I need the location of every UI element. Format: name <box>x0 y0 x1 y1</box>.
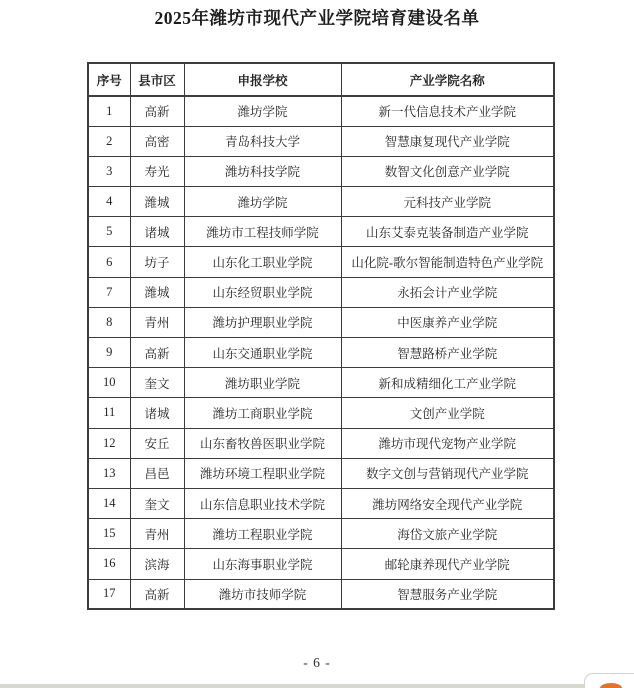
cell-college: 数字文创与营销现代产业学院 <box>341 458 554 488</box>
table-header: 序号 县市区 申报学校 产业学院名称 <box>88 63 554 96</box>
cell-district: 高新 <box>130 579 184 609</box>
cell-college: 中医康养产业学院 <box>341 307 554 337</box>
cell-college: 山东艾泰克装备制造产业学院 <box>341 217 554 247</box>
header-school: 申报学校 <box>184 63 341 96</box>
cell-school: 山东经贸职业学院 <box>184 277 341 307</box>
table-row: 16滨海山东海事职业学院邮轮康养现代产业学院 <box>88 549 554 579</box>
cell-district: 奎文 <box>130 368 184 398</box>
cell-district: 寿光 <box>130 156 184 186</box>
cell-school: 潍坊职业学院 <box>184 368 341 398</box>
cell-index: 16 <box>88 549 130 579</box>
cell-school: 潍坊科技学院 <box>184 156 341 186</box>
table-row: 2高密青岛科技大学智慧康复现代产业学院 <box>88 126 554 156</box>
cell-school: 山东信息职业技术学院 <box>184 488 341 518</box>
table-row: 4潍城潍坊学院元科技产业学院 <box>88 187 554 217</box>
table-row: 8青州潍坊护理职业学院中医康养产业学院 <box>88 307 554 337</box>
cell-school: 青岛科技大学 <box>184 126 341 156</box>
cell-district: 青州 <box>130 519 184 549</box>
cell-index: 14 <box>88 488 130 518</box>
table-row: 3寿光潍坊科技学院数智文化创意产业学院 <box>88 156 554 186</box>
table-row: 12安丘山东畜牧兽医职业学院潍坊市现代宠物产业学院 <box>88 428 554 458</box>
cell-school: 潍坊工程职业学院 <box>184 519 341 549</box>
table-row: 10奎文潍坊职业学院新和成精细化工产业学院 <box>88 368 554 398</box>
cell-index: 11 <box>88 398 130 428</box>
cell-index: 12 <box>88 428 130 458</box>
cell-index: 5 <box>88 217 130 247</box>
table-row: 9高新山东交通职业学院智慧路桥产业学院 <box>88 338 554 368</box>
cell-school: 潍坊学院 <box>184 187 341 217</box>
cell-index: 17 <box>88 579 130 609</box>
cell-index: 2 <box>88 126 130 156</box>
table-row: 7潍城山东经贸职业学院永拓会计产业学院 <box>88 277 554 307</box>
document-page: { "document": { "title": "2025年潍坊市现代产业学院… <box>0 0 634 688</box>
page-title: 2025年潍坊市现代产业学院培育建设名单 <box>0 5 634 30</box>
orange-logo-icon <box>600 683 622 688</box>
cell-index: 3 <box>88 156 130 186</box>
cell-district: 潍城 <box>130 277 184 307</box>
cell-district: 潍城 <box>130 187 184 217</box>
table-row: 15青州潍坊工程职业学院海岱文旅产业学院 <box>88 519 554 549</box>
cell-district: 青州 <box>130 307 184 337</box>
table-row: 6坊子山东化工职业学院山化院-歌尔智能制造特色产业学院 <box>88 247 554 277</box>
cell-college: 智慧服务产业学院 <box>341 579 554 609</box>
cell-district: 坊子 <box>130 247 184 277</box>
cell-index: 10 <box>88 368 130 398</box>
cell-college: 永拓会计产业学院 <box>341 277 554 307</box>
table-row: 17高新潍坊市技师学院智慧服务产业学院 <box>88 579 554 609</box>
cell-school: 山东交通职业学院 <box>184 338 341 368</box>
cell-school: 潍坊市技师学院 <box>184 579 341 609</box>
cell-district: 高新 <box>130 338 184 368</box>
cell-school: 山东海事职业学院 <box>184 549 341 579</box>
cell-college: 潍坊市现代宠物产业学院 <box>341 428 554 458</box>
cell-district: 高新 <box>130 96 184 126</box>
floating-widget[interactable] <box>584 673 634 688</box>
cell-college: 数智文化创意产业学院 <box>341 156 554 186</box>
cell-index: 13 <box>88 458 130 488</box>
cell-college: 智慧路桥产业学院 <box>341 338 554 368</box>
cell-district: 高密 <box>130 126 184 156</box>
cell-index: 6 <box>88 247 130 277</box>
header-index: 序号 <box>88 63 130 96</box>
cell-district: 安丘 <box>130 428 184 458</box>
cell-college: 海岱文旅产业学院 <box>341 519 554 549</box>
cell-college: 文创产业学院 <box>341 398 554 428</box>
cell-school: 潍坊环境工程职业学院 <box>184 458 341 488</box>
table-row: 11诸城潍坊工商职业学院文创产业学院 <box>88 398 554 428</box>
cell-college: 山化院-歌尔智能制造特色产业学院 <box>341 247 554 277</box>
cell-school: 山东化工职业学院 <box>184 247 341 277</box>
cell-index: 1 <box>88 96 130 126</box>
cell-school: 潍坊护理职业学院 <box>184 307 341 337</box>
table-body: 1高新潍坊学院新一代信息技术产业学院2高密青岛科技大学智慧康复现代产业学院3寿光… <box>88 96 554 609</box>
page-number: - 6 - <box>0 655 634 671</box>
cell-college: 新和成精细化工产业学院 <box>341 368 554 398</box>
bottom-bar <box>0 684 634 688</box>
header-college: 产业学院名称 <box>341 63 554 96</box>
table-row: 13昌邑潍坊环境工程职业学院数字文创与营销现代产业学院 <box>88 458 554 488</box>
cell-index: 8 <box>88 307 130 337</box>
cell-school: 潍坊工商职业学院 <box>184 398 341 428</box>
cell-district: 诸城 <box>130 398 184 428</box>
header-district: 县市区 <box>130 63 184 96</box>
cell-school: 潍坊市工程技师学院 <box>184 217 341 247</box>
cell-college: 元科技产业学院 <box>341 187 554 217</box>
table-row: 5诸城潍坊市工程技师学院山东艾泰克装备制造产业学院 <box>88 217 554 247</box>
cell-district: 滨海 <box>130 549 184 579</box>
cell-district: 奎文 <box>130 488 184 518</box>
industry-college-table: 序号 县市区 申报学校 产业学院名称 1高新潍坊学院新一代信息技术产业学院2高密… <box>87 62 555 610</box>
cell-index: 9 <box>88 338 130 368</box>
table-row: 14奎文山东信息职业技术学院潍坊网络安全现代产业学院 <box>88 488 554 518</box>
cell-school: 山东畜牧兽医职业学院 <box>184 428 341 458</box>
header-row: 序号 县市区 申报学校 产业学院名称 <box>88 63 554 96</box>
cell-district: 昌邑 <box>130 458 184 488</box>
cell-index: 7 <box>88 277 130 307</box>
cell-college: 智慧康复现代产业学院 <box>341 126 554 156</box>
cell-college: 新一代信息技术产业学院 <box>341 96 554 126</box>
cell-school: 潍坊学院 <box>184 96 341 126</box>
table-row: 1高新潍坊学院新一代信息技术产业学院 <box>88 96 554 126</box>
cell-district: 诸城 <box>130 217 184 247</box>
cell-college: 潍坊网络安全现代产业学院 <box>341 488 554 518</box>
cell-index: 4 <box>88 187 130 217</box>
cell-index: 15 <box>88 519 130 549</box>
cell-college: 邮轮康养现代产业学院 <box>341 549 554 579</box>
